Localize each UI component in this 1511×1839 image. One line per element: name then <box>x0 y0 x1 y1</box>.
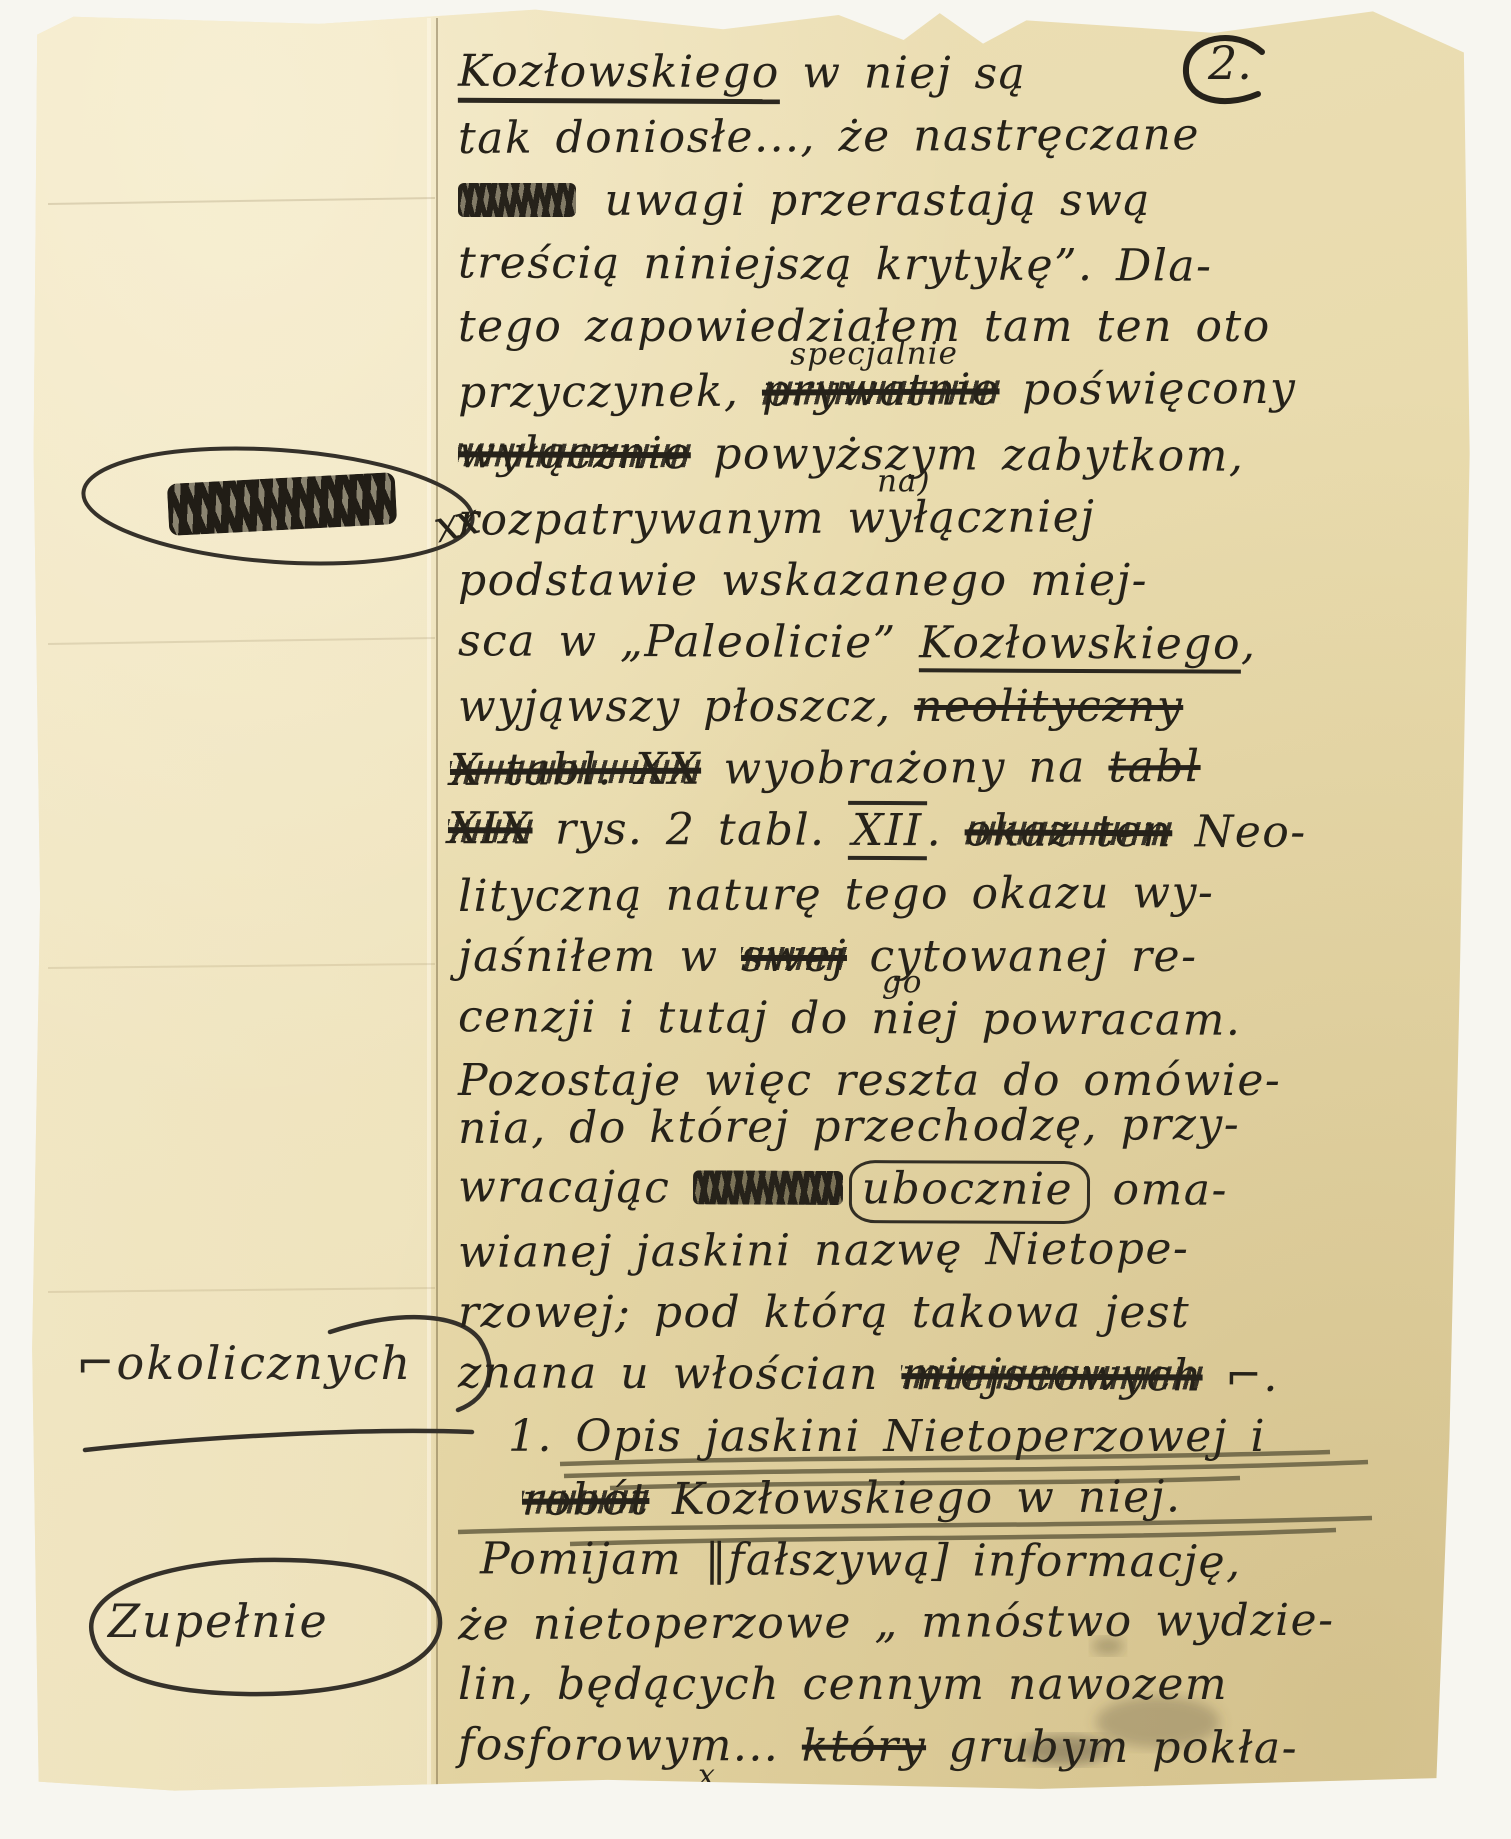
text-line: rzowej; pod którą takowa jest <box>458 1286 1190 1339</box>
text-line: jaśniłem w swej cytowanej re- <box>458 930 1197 983</box>
line-text: znana u włościan <box>458 1347 902 1400</box>
text-line: XIX rys. 2 tabl. XII. okaz ten Neo- <box>448 802 1307 859</box>
text-line: X tabl. XX wyobrażony na tabl <box>450 740 1201 797</box>
text-line: znana u włościan miejscowych ⌐. <box>458 1346 1279 1403</box>
line-text: 1. <box>508 1411 575 1462</box>
margin-crossed-out-scribble <box>167 472 397 536</box>
line-text: grubym pokła- <box>926 1721 1298 1774</box>
line-text: sca w „Paleolicie” <box>458 615 919 668</box>
line-text: przyczynek, <box>458 366 762 419</box>
heading-text: Kozłowskiego w niej. <box>649 1471 1181 1525</box>
line-text: rozpatrywanym <box>458 493 848 546</box>
text-line: fosforowym... który grubym pokła- <box>458 1718 1298 1775</box>
struck-word: neolityczny <box>914 681 1183 732</box>
line-text: jaśniłem w <box>458 931 741 982</box>
text-line: lin, będących cennym nawozem <box>458 1658 1228 1711</box>
manuscript-photo: 2. xx ⌐okolicznych Zupełnie Kozłowskiego… <box>0 0 1511 1839</box>
struck-word: swej <box>741 931 847 982</box>
inserted-word: specjalnie <box>790 328 958 382</box>
text-line: tak doniosłe..., że nastręczane <box>458 108 1200 165</box>
text-line: Kozłowskiego w niej są <box>458 45 1027 100</box>
line-text: w niej są <box>780 47 1027 99</box>
underlined-word: Kozłowskiego <box>919 617 1241 673</box>
line-text: powracam. <box>959 993 1241 1045</box>
inserted-word: na) <box>877 455 931 508</box>
page-number: 2. <box>1208 36 1252 90</box>
x-mark-annotation: x <box>698 1758 715 1793</box>
struck-word: XIX <box>448 803 533 854</box>
line-text: oma- <box>1090 1164 1228 1216</box>
struck-word: miejscowych <box>901 1349 1202 1401</box>
margin-note-okolicznych: ⌐okolicznych <box>76 1336 412 1390</box>
text-line: sca w „Paleolicie” Kozłowskiego, <box>458 614 1257 670</box>
struck-word: robót <box>522 1474 650 1526</box>
struck-word: okaz ten <box>965 805 1173 857</box>
boxed-word: ubocznie <box>849 1160 1091 1224</box>
struck-word: wyłącznie <box>458 427 691 479</box>
heading-line: 1. Opis jaskini Nietoperzowej i <box>508 1410 1266 1463</box>
line-text: poświęcony <box>999 363 1296 416</box>
fold-crease-horizontal <box>48 198 435 204</box>
margin-note-zupelnie: Zupełnie <box>108 1594 329 1648</box>
struck-word: X tabl. XX <box>450 744 701 796</box>
text-line: przyczynek, specjalnieprywatnie poświęco… <box>458 362 1297 419</box>
text-line: że nietoperzowe „ mnóstwo wydzie- <box>458 1594 1335 1652</box>
text-line: Pomijam ‖fałszywą] informację, <box>480 1532 1242 1588</box>
crossed-out-scribble <box>693 1170 843 1205</box>
text-line: wyłącznie powyższym zabytkom, <box>458 426 1245 482</box>
text-line: wracając ubocznie oma- <box>458 1160 1228 1216</box>
line-text: Neo- <box>1172 806 1307 858</box>
text-line: lityczną naturę tego okazu wy- <box>458 866 1215 923</box>
line-text: uwagi przerastają swą <box>582 175 1151 226</box>
correction: specjalnieprywatnie <box>762 363 1000 417</box>
line-text: cenzji i tutaj do <box>458 991 871 1044</box>
line-text: ⌐. <box>1202 1350 1279 1401</box>
text-line: treścią niniejszą krytykę”. Dla- <box>458 236 1213 292</box>
heading-text: Opis jaskini Nietoperzowej i <box>575 1411 1266 1462</box>
line-text: powyższym zabytkom, <box>691 428 1245 481</box>
struck-word: tabl <box>1108 741 1200 792</box>
crossed-out-scribble <box>458 183 576 217</box>
text-line: rozpatrywanym na)wyłączniej <box>458 490 1096 546</box>
line-text: wyjąwszy płoszcz, <box>458 681 914 732</box>
struck-word: który <box>802 1721 926 1773</box>
heading-line: robót Kozłowskiego w niej. <box>522 1470 1182 1526</box>
text-line: cenzji i tutaj do goniej powracam. <box>458 990 1242 1046</box>
correction: na)wyłączniej <box>847 490 1095 544</box>
text-line: uwagi przerastają swą <box>458 174 1151 227</box>
underlined-word: Kozłowskiego <box>458 46 780 104</box>
manuscript-page: 2. xx ⌐okolicznych Zupełnie Kozłowskiego… <box>30 6 1474 1796</box>
line-text: fosforowym... <box>458 1719 802 1771</box>
text-line: wyjąwszy płoszcz, neolityczny <box>458 680 1183 733</box>
line-text: wyobrażony na <box>701 742 1109 795</box>
text-line: nia, do której przechodzę, przy- <box>458 1098 1240 1155</box>
line-text: . <box>927 805 965 856</box>
line-text: , <box>1241 619 1257 670</box>
text-line: podstawie wskazanego miej- <box>458 554 1148 607</box>
inserted-word: go <box>882 956 923 1009</box>
line-text: rys. 2 tabl. <box>532 803 848 855</box>
line-text: wracając <box>458 1161 693 1213</box>
correction: goniej <box>871 992 959 1045</box>
text-line: wianej jaskini nazwę Nietope- <box>458 1222 1190 1279</box>
roman-numeral: XII <box>848 801 927 860</box>
